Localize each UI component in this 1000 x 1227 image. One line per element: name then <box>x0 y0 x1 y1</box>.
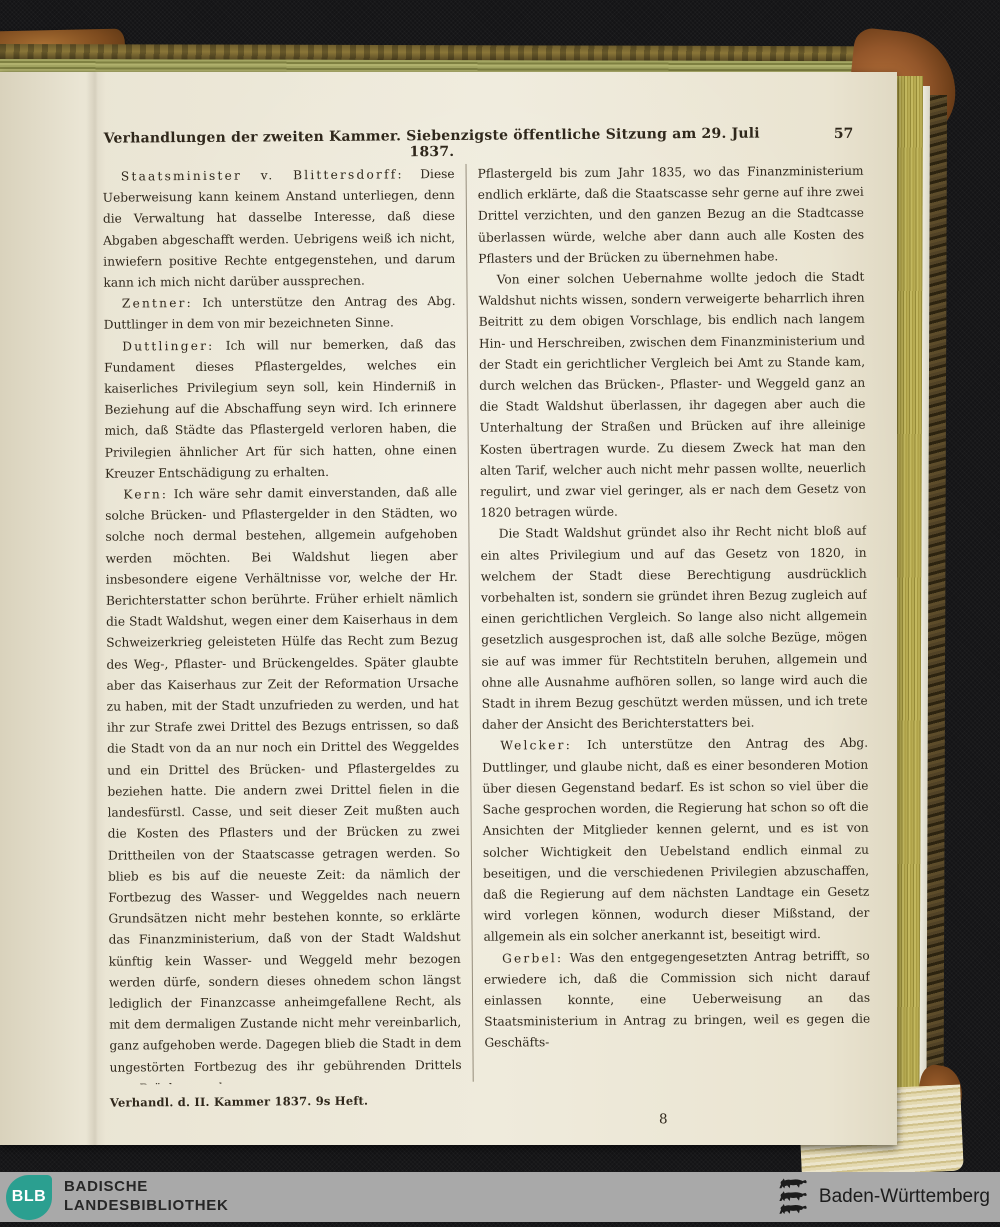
sheet-signature: 8 <box>659 1111 668 1127</box>
speaker-name: Staatsminister v. Blittersdorff: <box>121 167 404 183</box>
speaker-name: Gerbel: <box>502 951 563 965</box>
paragraph: Zentner: Ich unterstütze den Antrag des … <box>104 291 456 336</box>
text-column-left: Staatsminister v. Blittersdorff: Diese U… <box>103 164 462 1085</box>
paragraph: Die Stadt Waldshut gründet also ihr Rech… <box>480 521 868 736</box>
region-name: Baden-Württemberg <box>819 1186 990 1208</box>
speaker-name: Kern: <box>123 487 168 501</box>
paragraph: Welcker: Ich unterstütze den Antrag des … <box>482 733 870 948</box>
paragraph-text: Die Stadt Waldshut gründet also ihr Rech… <box>481 524 868 732</box>
paragraph: Gerbel: Was den entgegengesetzten Antrag… <box>484 945 871 1054</box>
text-columns: Staatsminister v. Blittersdorff: Diese U… <box>103 161 871 1085</box>
footer-right-group: Baden-Württemberg <box>777 1175 990 1219</box>
text-column-right: Pflastergeld bis zum Jahr 1835, wo das F… <box>466 161 871 1082</box>
speaker-name: Zentner: <box>122 296 193 311</box>
library-name-line1: BADISCHE <box>64 1178 229 1197</box>
blb-logo: BLB <box>6 1175 52 1220</box>
paragraph: Duttlinger: Ich will nur bemerken, daß d… <box>104 334 457 485</box>
speaker-name: Welcker: <box>500 739 572 754</box>
library-name-line2: LANDESBIBLIOTHEK <box>64 1197 229 1216</box>
volume-footnote: Verhandl. d. II. Kammer 1837. 9s Heft. <box>110 1094 368 1110</box>
library-footer-bar: BLB BADISCHE LANDESBIBLIOTHEK Baden-Würt… <box>0 1172 1000 1222</box>
paragraph: Von einer solchen Uebernahme wollte jedo… <box>478 267 866 524</box>
paragraph: Pflastergeld bis zum Jahr 1835, wo das F… <box>478 161 865 270</box>
scanned-page: Verhandlungen der zweiten Kammer. Sieben… <box>0 72 897 1145</box>
blb-logo-text: BLB <box>12 1188 46 1206</box>
paragraph-text: Diese Ueberweisung kann keinem Anstand u… <box>103 167 456 290</box>
page-header-title: Verhandlungen der zweiten Kammer. Sieben… <box>88 125 775 162</box>
paragraph-text: Pflastergeld bis zum Jahr 1835, wo das F… <box>478 164 865 266</box>
three-lions-icon <box>777 1175 809 1219</box>
page-number: 57 <box>834 126 854 142</box>
paragraph: Staatsminister v. Blittersdorff: Diese U… <box>103 164 456 294</box>
paragraph-text: Ich wäre sehr damit einverstanden, daß a… <box>105 485 461 1085</box>
page-content: Verhandlungen der zweiten Kammer. Sieben… <box>0 68 901 1148</box>
paragraph-text: Von einer solchen Uebernahme wollte jedo… <box>479 270 867 520</box>
library-name: BADISCHE LANDESBIBLIOTHEK <box>64 1178 229 1216</box>
speaker-name: Duttlinger: <box>122 338 214 353</box>
paragraph-text: Ich will nur bemerken, daß das Fundament… <box>104 337 457 481</box>
paragraph: Kern: Ich wäre sehr damit einverstanden,… <box>105 482 462 1085</box>
paragraph-text: Ich unterstütze den Antrag des Abg. Dutt… <box>482 736 869 944</box>
